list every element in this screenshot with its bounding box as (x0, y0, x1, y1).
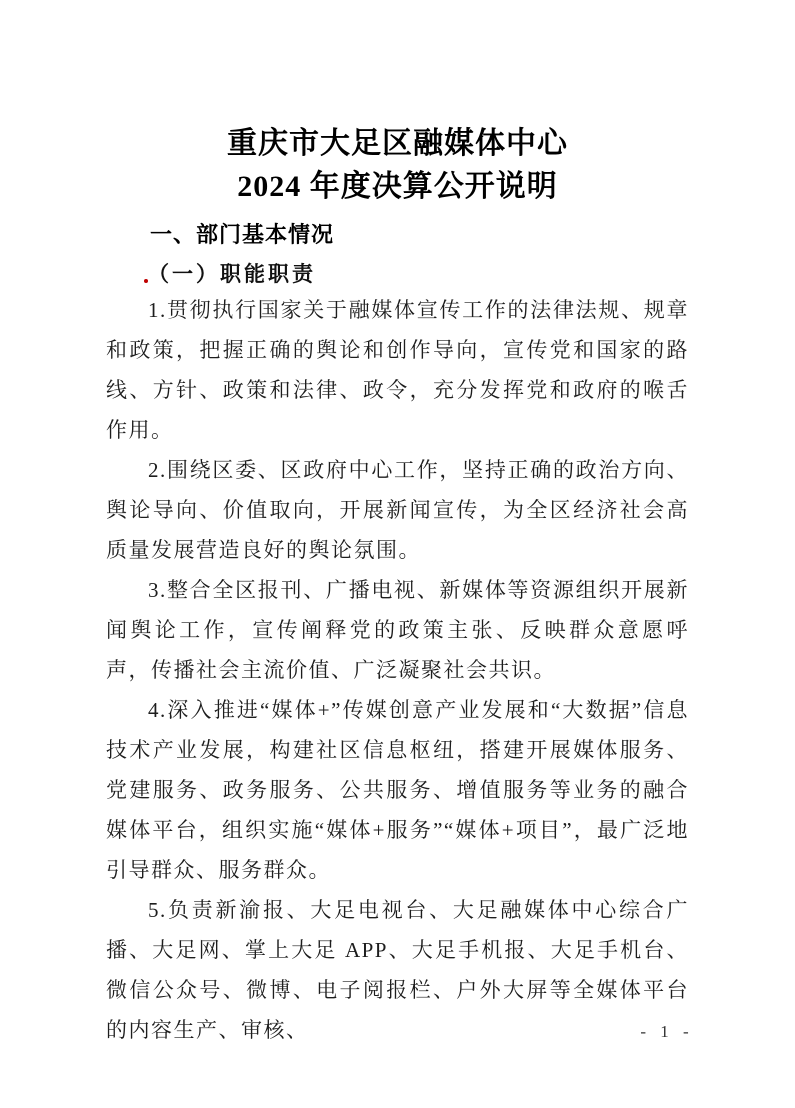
paragraph-duty-3: 3.整合全区报刊、广播电视、新媒体等资源组织开展新闻舆论工作，宣传阐释党的政策主… (106, 570, 689, 690)
title-line-1: 重庆市大足区融媒体中心 (106, 122, 689, 165)
section-heading-basic-situation: 一、部门基本情况 (106, 220, 689, 250)
paragraph-duty-2: 2.围绕区委、区政府中心工作，坚持正确的政治方向、舆论导向、价值取向，开展新闻宣… (106, 450, 689, 570)
paragraph-duty-5: 5.负责新渝报、大足电视台、大足融媒体中心综合广播、大足网、掌上大足 APP、大… (106, 890, 689, 1050)
page-content: 重庆市大足区融媒体中心 2024 年度决算公开说明 一、部门基本情况 （一）职能… (106, 122, 689, 1050)
paragraph-duty-1: 1.贯彻执行国家关于融媒体宣传工作的法律法规、规章和政策，把握正确的舆论和创作导… (106, 290, 689, 450)
revision-dot-marker (144, 279, 148, 283)
title-line-2: 2024 年度决算公开说明 (106, 165, 689, 208)
subsection-heading-label: （一）职能职责 (148, 262, 316, 286)
document-title: 重庆市大足区融媒体中心 2024 年度决算公开说明 (106, 122, 689, 208)
subsection-heading-duties: （一）职能职责 (106, 258, 689, 290)
body-text: 1.贯彻执行国家关于融媒体宣传工作的法律法规、规章和政策，把握正确的舆论和创作导… (106, 290, 689, 1050)
page-number: - 1 - (612, 1022, 722, 1042)
document-page: 重庆市大足区融媒体中心 2024 年度决算公开说明 一、部门基本情况 （一）职能… (0, 0, 795, 1108)
paragraph-duty-4: 4.深入推进“媒体+”传媒创意产业发展和“大数据”信息技术产业发展，构建社区信息… (106, 690, 689, 890)
